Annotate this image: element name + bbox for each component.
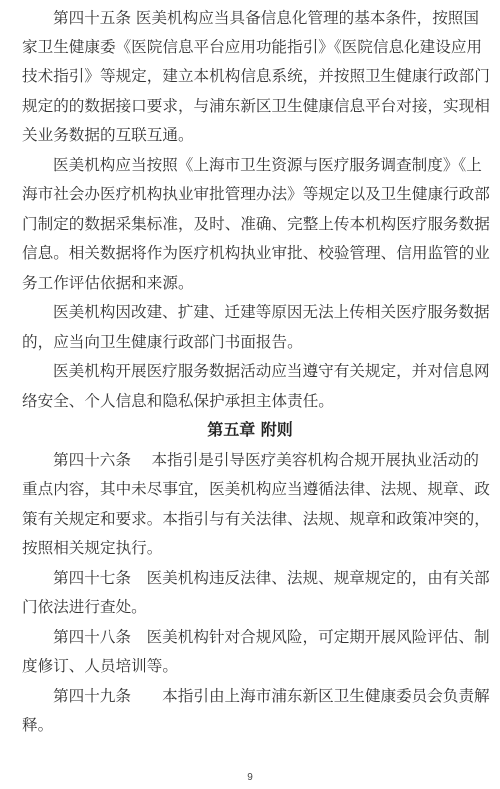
text-line: 第四十六条 本指引是引导医疗美容机构合规开展执业活动的 <box>53 448 478 472</box>
text-line: 第四十七条 医美机构违反法律、法规、规章规定的，由有关部 <box>53 566 478 590</box>
text-line: 海市社会办医疗机构执业审批管理办法》等规定以及卫生健康行政部 <box>22 182 478 206</box>
text-line: 第四十九条 本指引由上海市浦东新区卫生健康委员会负责解 <box>53 684 478 708</box>
text-line: 第四十五条 医美机构应当具备信息化管理的基本条件，按照国 <box>53 6 478 30</box>
text-line: 务工作评估依据和来源。 <box>22 271 478 295</box>
text-line: 度修订、人员培训等。 <box>22 654 478 678</box>
text-line: 技术指引》等规定，建立本机构信息系统，并按照卫生健康行政部门 <box>22 64 478 88</box>
text-line: 第四十八条 医美机构针对合规风险，可定期开展风险评估、制 <box>53 625 478 649</box>
page-number: 9 <box>0 772 500 783</box>
chapter-heading: 第五章 附则 <box>0 418 500 442</box>
text-line: 关业务数据的互联互通。 <box>22 123 478 147</box>
text-line: 门制定的数据采集标准，及时、准确、完整上传本机构医疗服务数据 <box>22 212 478 236</box>
document-page: 第四十五条 医美机构应当具备信息化管理的基本条件，按照国 家卫生健康委《医院信息… <box>0 0 500 789</box>
text-line: 医美机构开展医疗服务数据活动应当遵守有关规定，并对信息网 <box>53 359 478 383</box>
text-line: 的，应当向卫生健康行政部门书面报告。 <box>22 330 478 354</box>
text-line: 策有关规定和要求。本指引与有关法律、法规、规章和政策冲突的， <box>22 507 478 531</box>
text-line: 信息。相关数据将作为医疗机构执业审批、校验管理、信用监管的业 <box>22 241 478 265</box>
text-line: 家卫生健康委《医院信息平台应用功能指引》《医院信息化建设应用 <box>22 35 478 59</box>
text-line: 按照相关规定执行。 <box>22 536 478 560</box>
text-line: 络安全、个人信息和隐私保护承担主体责任。 <box>22 389 478 413</box>
text-line: 医美机构应当按照《上海市卫生资源与医疗服务调查制度》《上 <box>53 153 478 177</box>
text-line: 重点内容，其中未尽事宜，医美机构应当遵循法律、法规、规章、政 <box>22 477 478 501</box>
text-line: 释。 <box>22 713 478 737</box>
text-line: 规定的的数据接口要求，与浦东新区卫生健康信息平台对接，实现相 <box>22 94 478 118</box>
text-line: 门依法进行查处。 <box>22 595 478 619</box>
text-line: 医美机构因改建、扩建、迁建等原因无法上传相关医疗服务数据 <box>53 300 478 324</box>
